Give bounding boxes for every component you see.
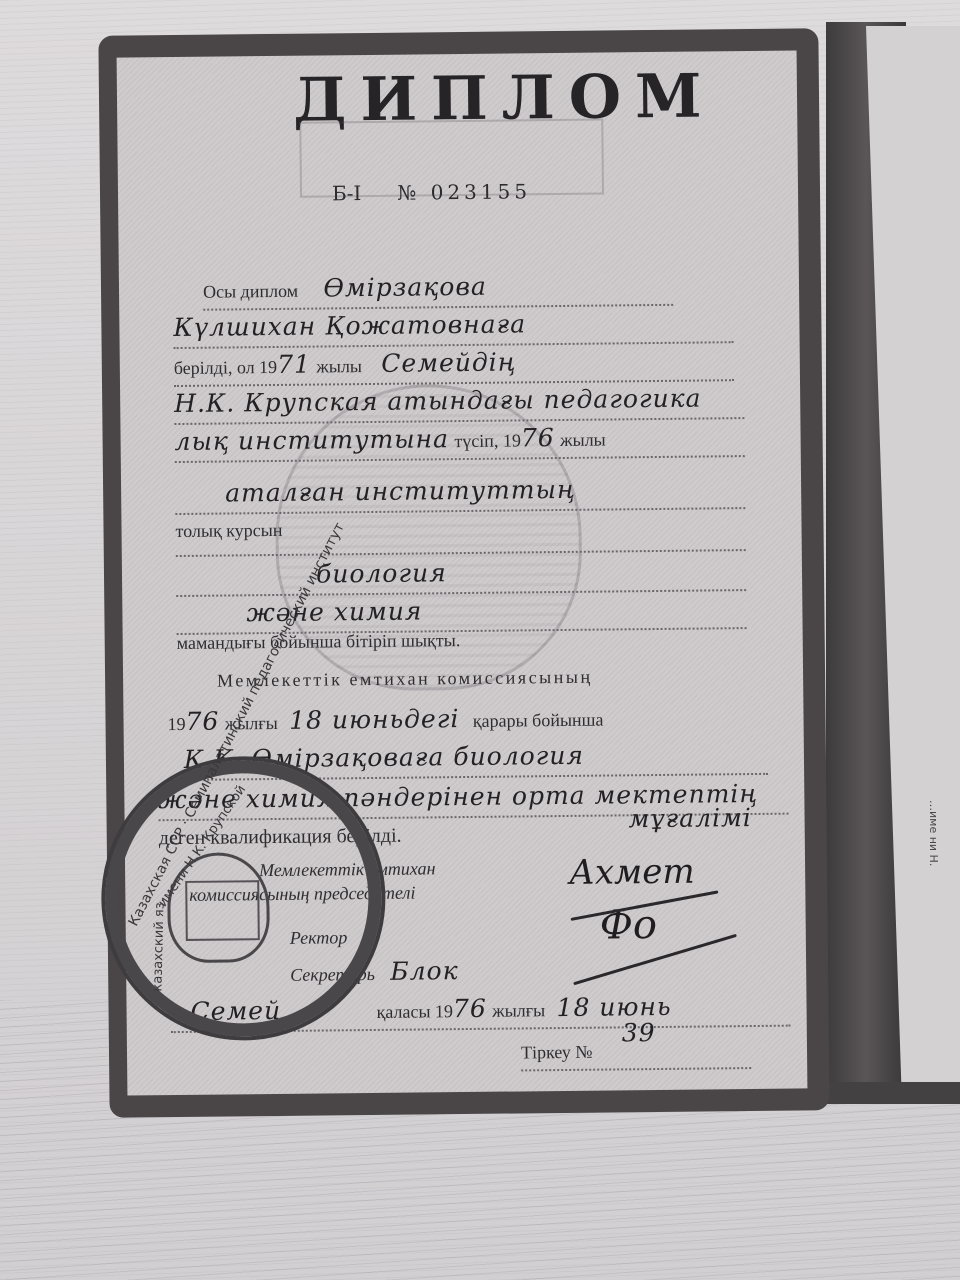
specialty-2: және химия: [246, 596, 422, 627]
institute-name: Н.К. Крупская атындағы педагогика: [174, 384, 702, 419]
line-enrolled: берілді, ол 1971 жылы Семейдің: [174, 345, 734, 387]
stamp-emblem-box: [185, 880, 260, 941]
diploma-page: ДИПЛОМ Б-I № 023155 Осы диплом Өмірзақов…: [121, 50, 812, 1097]
line-specialty-1: биология: [176, 555, 746, 597]
series: Б-I: [332, 181, 362, 205]
line-institute: Н.К. Крупская атындағы педагогика: [174, 383, 744, 425]
line-commission: Мемлекеттік емтихан комиссиясының: [217, 665, 757, 705]
right-page-stamp-fragment: …име ни Н.: [927, 800, 940, 866]
line-registration: Тіркеу № 39: [521, 1033, 751, 1071]
serial-number: Б-I № 023155: [332, 179, 531, 205]
number-sign: №: [397, 180, 420, 204]
specialty-1: биология: [316, 558, 447, 588]
chair-signature: Ахмет: [569, 852, 695, 893]
right-page-frame: [826, 1082, 960, 1104]
diploma-number: 023155: [431, 179, 532, 204]
line-graduated: лық институтына түсіп, 1976 жылы: [174, 421, 744, 463]
line-institute-2: аталған институттың: [175, 473, 745, 515]
line-course: толық курсын: [175, 515, 745, 557]
enroll-year: 71: [277, 350, 311, 379]
registration-number: 39: [622, 1018, 656, 1047]
graduation-year: 76: [521, 423, 555, 452]
line-decision: 1976 жылғы 18 июньдегі қарары бойынша: [167, 701, 757, 741]
line-qualification-2: мұғалімі: [628, 803, 788, 839]
decision-date: 18 июньдегі: [289, 704, 460, 735]
line-holder: Осы диплом Өмірзақова: [203, 270, 673, 311]
holder-surname: Өмірзақова: [323, 272, 487, 303]
secretary-signature: Блок: [390, 956, 459, 986]
line-holder-name: Күлшихан Қожатовнаға: [173, 307, 733, 349]
holder-name: Күлшихан Қожатовнаға: [173, 309, 526, 342]
